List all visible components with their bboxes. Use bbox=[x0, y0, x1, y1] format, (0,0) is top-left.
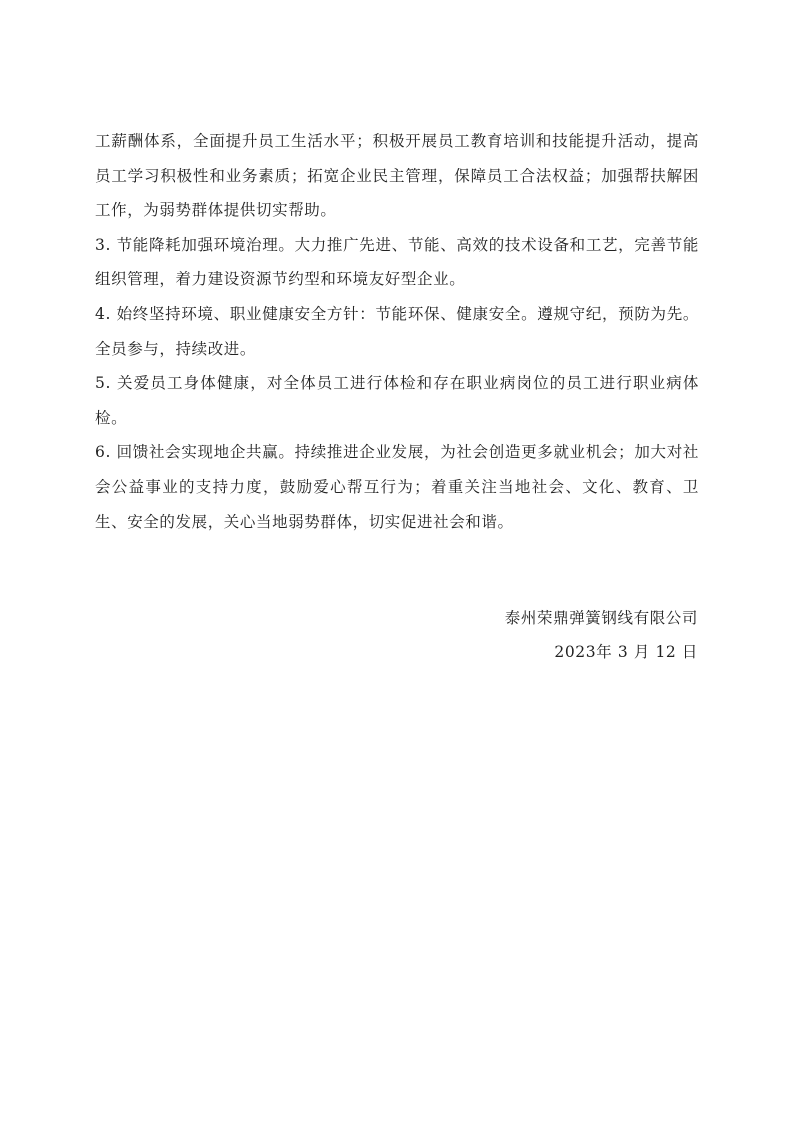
paragraph-safety-policy: 4. 始终坚持环境、职业健康安全方针：节能环保、健康安全。遵规守纪，预防为先。全… bbox=[95, 297, 699, 366]
signature-date: 2023年 3 月 12 日 bbox=[554, 640, 698, 662]
paragraph-health-checks: 5. 关爱员工身体健康，对全体员工进行体检和存在职业病岗位的员工进行职业病体检。 bbox=[95, 366, 699, 435]
paragraph-compensation: 工薪酬体系，全面提升员工生活水平；积极开展员工教育培训和技能提升活动，提高员工学… bbox=[95, 124, 699, 228]
signature-company: 泰州荣鼎弹簧钢线有限公司 bbox=[505, 606, 698, 628]
paragraph-social-return: 6. 回馈社会实现地企共赢。持续推进企业发展，为社会创造更多就业机会；加大对社会… bbox=[95, 435, 699, 539]
document-body: 工薪酬体系，全面提升员工生活水平；积极开展员工教育培训和技能提升活动，提高员工学… bbox=[95, 124, 699, 539]
paragraph-energy-saving: 3. 节能降耗加强环境治理。大力推广先进、节能、高效的技术设备和工艺，完善节能组… bbox=[95, 228, 699, 297]
